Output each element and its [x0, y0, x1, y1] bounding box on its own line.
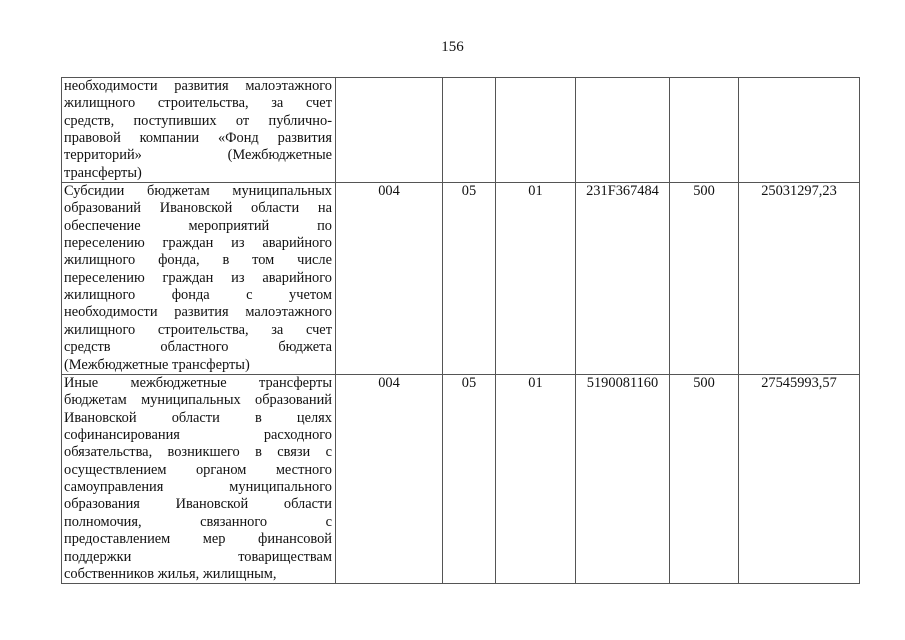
ministry-code-cell — [336, 78, 443, 183]
description-line: жилищного фонда, в том числе — [64, 252, 332, 269]
description-line: средств областного бюджета — [64, 339, 332, 356]
expense-type-cell: 500 — [670, 183, 739, 375]
description-line: поддержки товариществам — [64, 549, 332, 566]
amount-cell — [739, 78, 860, 183]
expense-type-cell: 500 — [670, 375, 739, 584]
description-line: бюджетам муниципальных образований — [64, 392, 332, 409]
description-line: переселению граждан из аварийного — [64, 270, 332, 287]
section-cell: 05 — [443, 375, 496, 584]
description-line: осуществлением органом местного — [64, 462, 332, 479]
expense-description-cell: Иные межбюджетные трансфертыбюджетам мун… — [62, 375, 336, 584]
description-line: необходимости развития малоэтажного — [64, 304, 332, 321]
expense-type-cell — [670, 78, 739, 183]
expense-description-cell: Субсидии бюджетам муниципальныхобразован… — [62, 183, 336, 375]
amount-cell: 27545993,57 — [739, 375, 860, 584]
description-line: софинансирования расходного — [64, 427, 332, 444]
description-line: Субсидии бюджетам муниципальных — [64, 183, 332, 200]
section-cell — [443, 78, 496, 183]
subsection-cell: 01 — [496, 183, 576, 375]
description-line: обеспечение мероприятий по — [64, 218, 332, 235]
description-line: образования Ивановской области — [64, 496, 332, 513]
description-line: жилищного строительства, за счет — [64, 322, 332, 339]
description-line: обязательства, возникшего в связи с — [64, 444, 332, 461]
description-line: средств, поступивших от публично- — [64, 113, 332, 130]
subsection-cell — [496, 78, 576, 183]
section-cell: 05 — [443, 183, 496, 375]
amount-cell: 25031297,23 — [739, 183, 860, 375]
table-row: необходимости развития малоэтажногожилищ… — [62, 78, 860, 183]
ministry-code-cell: 004 — [336, 183, 443, 375]
description-line: самоуправления муниципального — [64, 479, 332, 496]
description-line: жилищного фонда с учетом — [64, 287, 332, 304]
description-line: переселению граждан из аварийного — [64, 235, 332, 252]
table-row: Иные межбюджетные трансфертыбюджетам мун… — [62, 375, 860, 584]
description-line: образований Ивановской области на — [64, 200, 332, 217]
description-line: собственников жилья, жилищным, — [64, 566, 332, 583]
expense-description-cell: необходимости развития малоэтажногожилищ… — [62, 78, 336, 183]
description-line: полномочия, связанного с — [64, 514, 332, 531]
description-line: необходимости развития малоэтажного — [64, 78, 332, 95]
target-article-cell: 5190081160 — [576, 375, 670, 584]
description-line: жилищного строительства, за счет — [64, 95, 332, 112]
description-line: Ивановской области в целях — [64, 410, 332, 427]
table-row: Субсидии бюджетам муниципальныхобразован… — [62, 183, 860, 375]
target-article-cell — [576, 78, 670, 183]
description-line: Иные межбюджетные трансферты — [64, 375, 332, 392]
subsection-cell: 01 — [496, 375, 576, 584]
budget-table: необходимости развития малоэтажногожилищ… — [61, 77, 860, 584]
page-number: 156 — [0, 38, 905, 56]
description-line: территорий» (Межбюджетные — [64, 147, 332, 164]
description-line: (Межбюджетные трансферты) — [64, 357, 332, 374]
ministry-code-cell: 004 — [336, 375, 443, 584]
description-line: предоставлением мер финансовой — [64, 531, 332, 548]
description-line: трансферты) — [64, 165, 332, 182]
target-article-cell: 231F367484 — [576, 183, 670, 375]
description-line: правовой компании «Фонд развития — [64, 130, 332, 147]
